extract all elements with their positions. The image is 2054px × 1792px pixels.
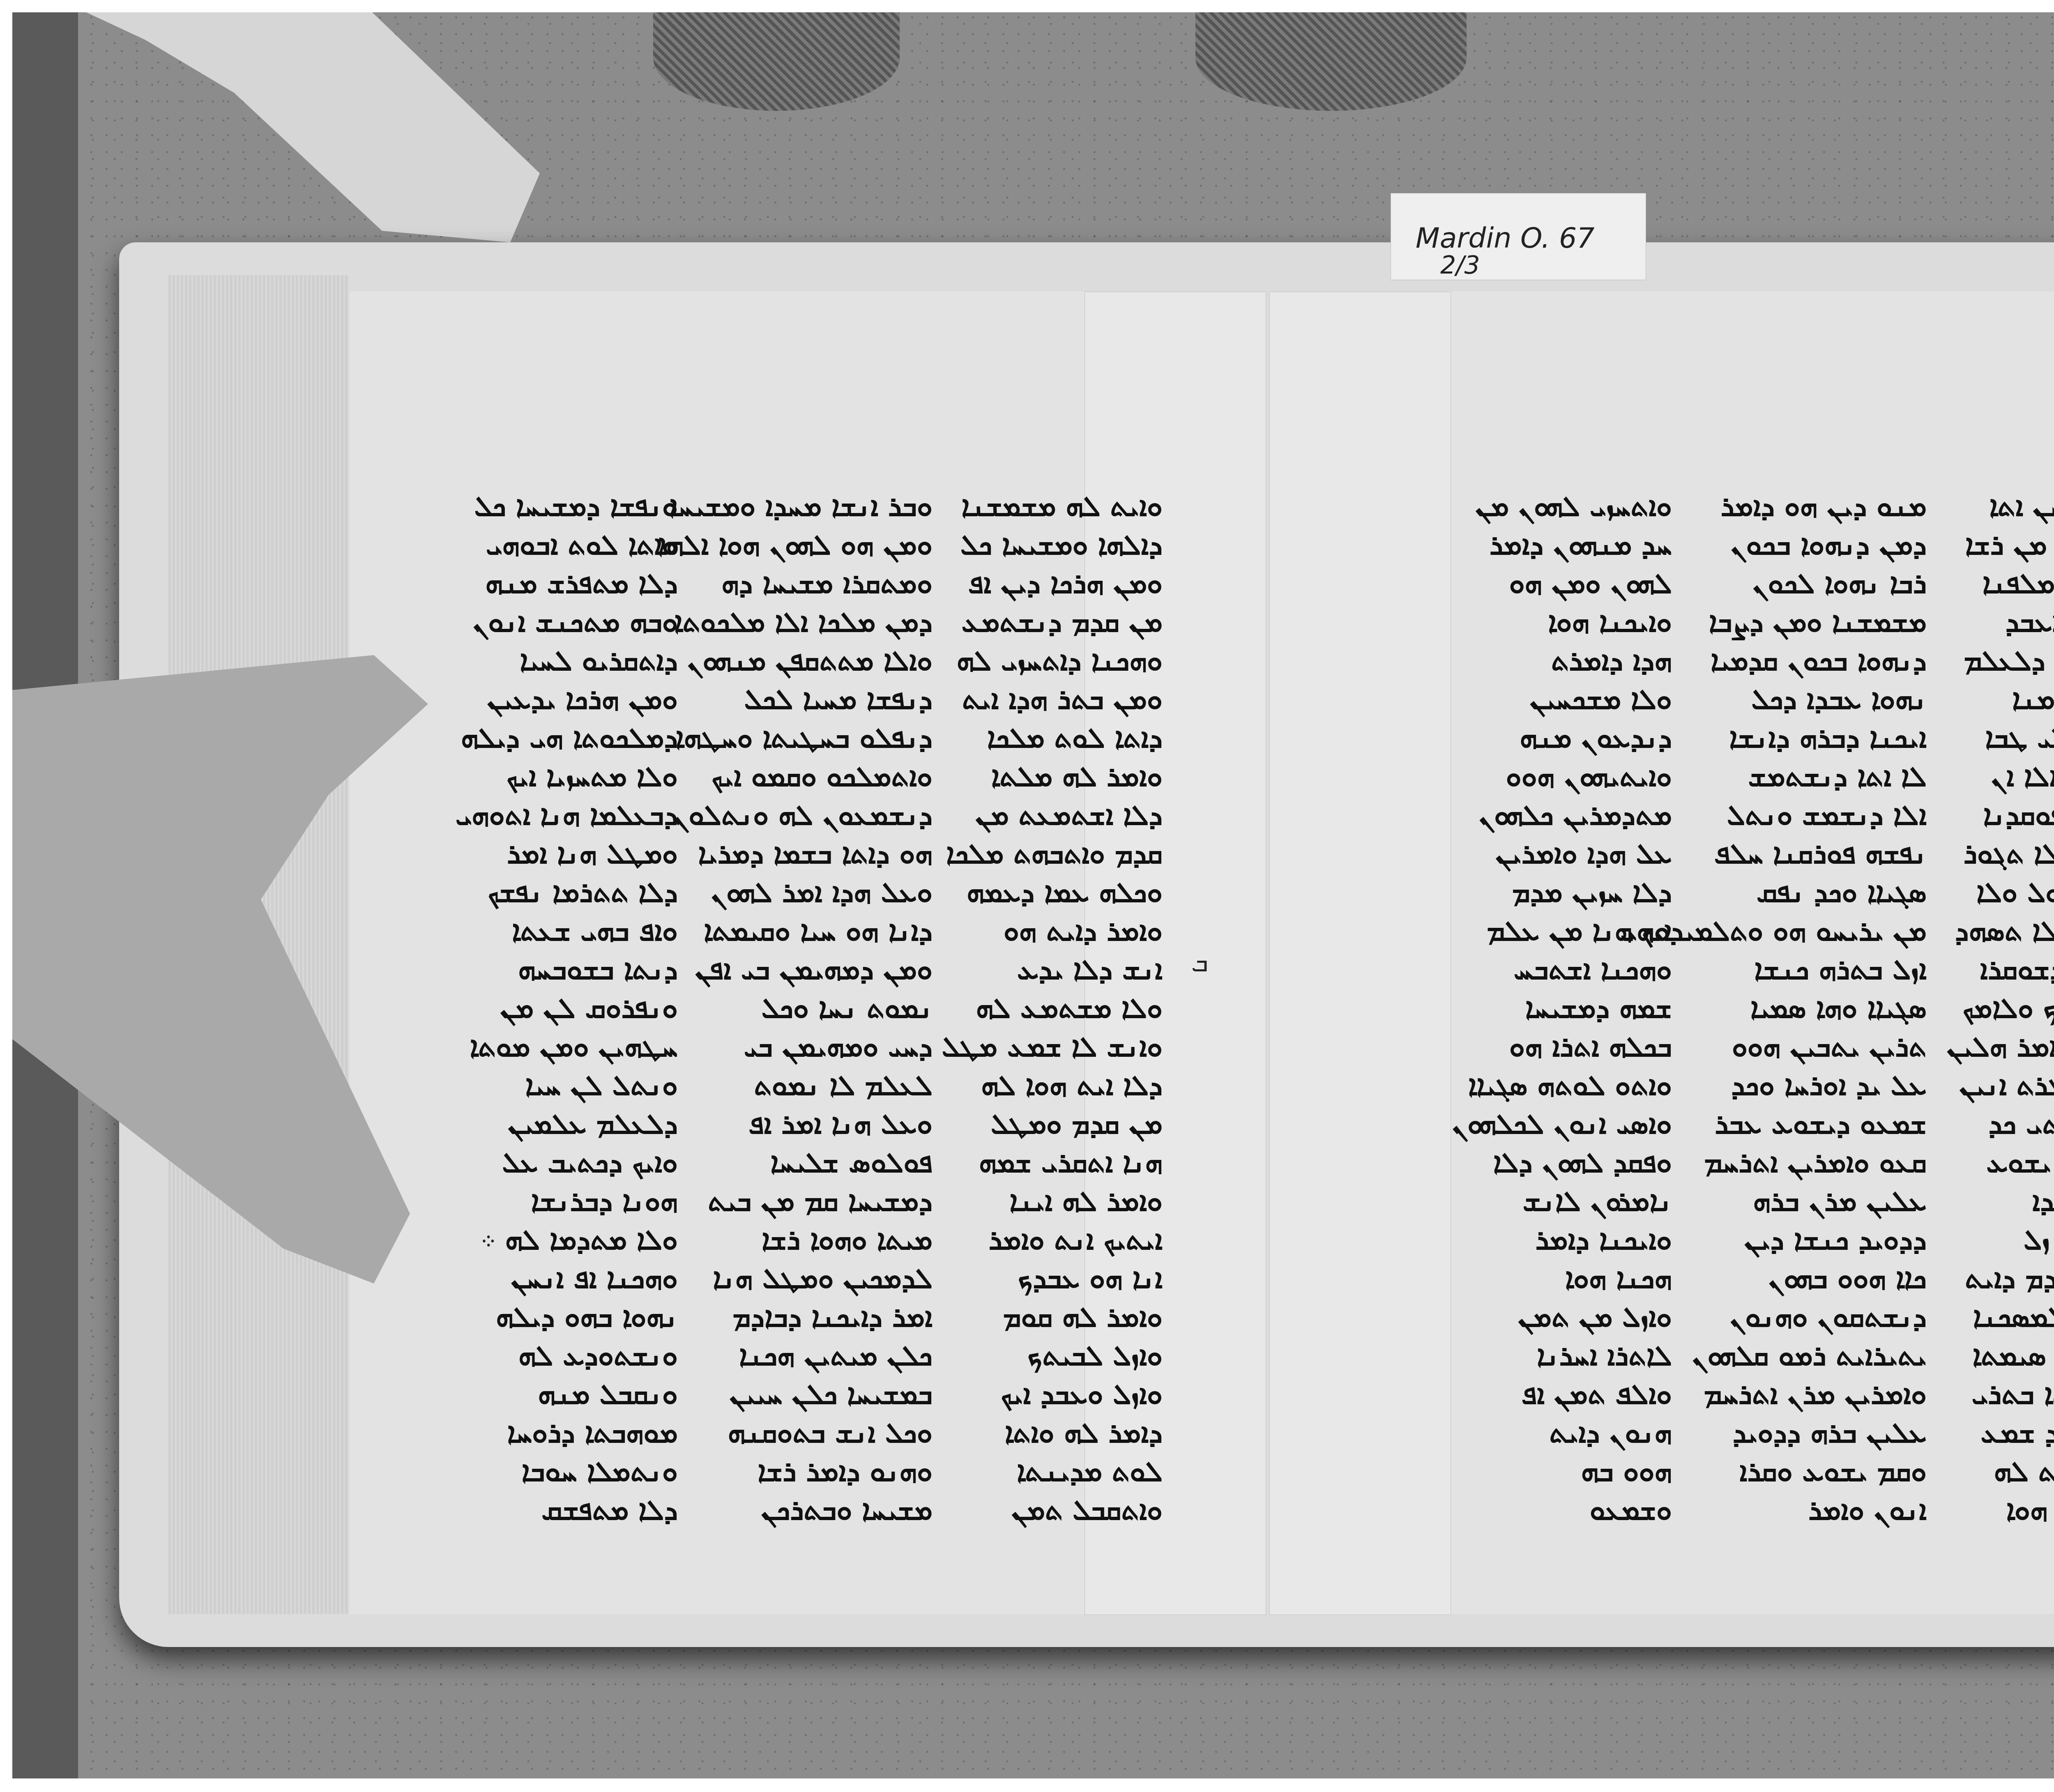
manuscript-line: ܘܗܘ ܕܝܢ ܐܡܪ ܗܠܝܢ — [1935, 1029, 2054, 1065]
label-folio: 2/3 — [1440, 251, 1480, 280]
manuscript-line: ܩܕܡ ܘܐܬܒܗܬ ܡܠܟܐ — [949, 836, 1163, 872]
manuscript-line: ܢܗܘܐ ܒܗܘ ܕܝܠܗ — [448, 1300, 678, 1336]
manuscript-line: ܟܠܢ ܡܝܬܝܢ ܗܟܢܐ — [702, 1338, 933, 1374]
manuscript-line: ܐܢܘܢ ܘܐܡܪ — [1697, 1493, 1927, 1529]
column-right-1: ܘܐܬܚܙܝ ܠܗܘܢ ܡܢܚܕ ܡܢܗܘܢ ܕܐܡܪܠܗܘܢ ܘܡܢ ܗܘܘܐ… — [1442, 489, 1672, 1529]
manuscript-line: ܕܡܫܝܚܐ ܩܡ ܡܢ ܒܝܬ — [702, 1184, 933, 1220]
manuscript-line: ܘܐܝܟ ܕܟܬܝܒ ܥܠ — [448, 1145, 678, 1181]
manuscript-line: ܚܣܝܪܐ ܠܟ ܙܠ — [1935, 1222, 2054, 1258]
manuscript-line: ܘܢܬܠ ܠܢ ܚܝܐ — [448, 1068, 678, 1104]
manuscript-line: ܣܓܝܐܐ ܘܗܐ ܣܡܝܐ — [1697, 991, 1927, 1027]
manuscript-line: ܕܠܥܠܡ ܥܠܡܝܢ — [448, 1106, 678, 1143]
manuscript-line: ܠܥܠܡ ܠܐ ܢܡܘܬ — [702, 1068, 933, 1104]
manuscript-line: ܕܡܢ ܕܢܗܘܐ ܒܟܘܢ — [1697, 527, 1927, 564]
manuscript-line: ܠܗܘܢ ܘܡܢ ܗܘ — [1442, 566, 1672, 602]
column-left-2: ܘܒܪ ܐܢܫܐ ܡܚܕܐ ܘܡܫܝܚܐܘܡܢ ܗܘ ܠܗܘܢ ܗܘܐ ܐܠܗܐ… — [702, 489, 933, 1529]
manuscript-line: ܘܐܡܪ ܠܗ ܡܠܦܢܐ — [1935, 566, 2054, 602]
manuscript-line: ܩܥܘ ܘܐܡܪܝܢ ܐܬܪܚܡ — [1697, 1145, 1927, 1181]
manuscript-line: ܡܝܬܐ ܘܗܘܐ ܪܫܐ — [702, 1222, 933, 1258]
manuscript-line: ܘܐܠܐ ܡܬܬܩܦܢ ܡܢܗܘܢ — [702, 643, 933, 679]
manuscript-line: ܕܢܦܫܐ ܡܚܝܐ ܠܟܠ — [702, 682, 933, 718]
manuscript-line: ܘܗܢܘ ܕܐܡܪ ܪܫܐ — [702, 1454, 933, 1490]
manuscript-line: ܕܠܐ ܡܬܦܪܫ ܡܢܗ — [448, 566, 678, 602]
manuscript-line: ܘܡܬܩܪܐ ܡܫܝܚܐ ܕܗ — [702, 566, 933, 602]
manuscript-line: ܝܬܝܪܐܝܬ ܪܡܘ ܩܠܗܘܢ — [1697, 1338, 1927, 1374]
manuscript-line: ܫܡܥ ܕܝܢ ܝܫܘܥ — [1935, 1145, 2054, 1181]
manuscript-line: ܫܡܥܘ ܕܝܫܘܥ ܥܒܪ — [1697, 1106, 1927, 1143]
manuscript-line: ܚܕ ܡܢܗܘܢ ܕܐܡܪ — [1442, 527, 1672, 564]
manuscript-line: ܡܢ ܩܕܡ ܕܢܫܬܡܥ — [949, 605, 1163, 641]
manuscript-line: ܠܘܬܗ ܚܕ ܡܢ ܪܫܐ — [1935, 527, 2054, 564]
manuscript-line: ܐܝܟܢܐ ܕܒܪܗ ܕܐܢܫܐ — [1697, 720, 1927, 757]
manuscript-line: ܕܢܦܠܘ ܒܚܛܝܬܐ ܘܚܛܗܐ — [702, 720, 933, 757]
catalog-label: Mardin O. 67 2/3 — [1391, 193, 1646, 280]
manuscript-line: ܘܢܗܘܐ ܠܟ ܣܝܡܬܐ — [1935, 1338, 2054, 1374]
column-right-3: ܘܒܬܪ ܗܠܝܢ ܐܬܐܠܘܬܗ ܚܕ ܡܢ ܪܫܐܘܐܡܪ ܠܗ ܡܠܦܢܐ… — [1935, 489, 2054, 1529]
manuscript-line: ܘܐܬܩܒܠ ܬܡܢ — [949, 1493, 1163, 1529]
manuscript-line: ܕܢܕܥܘܢ ܡܢܗ — [1442, 720, 1672, 757]
manuscript-line: ܗܠܝܢ ܟܪܝܬ ܠܗ — [1935, 1454, 2054, 1490]
manuscript-line: ܕܠܐ ܐܝܬ ܗܘܐ ܠܗ — [949, 1068, 1163, 1104]
manuscript-line: ܐܡܪ ܠܗ ܚܕܐ — [1935, 1184, 2054, 1220]
manuscript-line: ܠܐܬܪܐ ܐܚܪܢܐ — [1442, 1338, 1672, 1374]
manuscript-line: ܘܥܠ ܗܕܐ ܐܡܪ ܠܗܘܢ — [702, 875, 933, 911]
manuscript-line: ܛܒܐ ܡܢܐ ܐܥܒܕ — [1935, 605, 2054, 641]
manuscript-line: ܕܕܘܝܕ ܟܢܫܐ ܕܝܢ — [1697, 1222, 1927, 1258]
manuscript-line: ܘܢܫܬܘܕܥ ܠܗ — [448, 1338, 678, 1374]
manuscript-line: ܘܒܬܪ ܗܠܝܢ ܐܬܐ — [1935, 489, 2054, 525]
manuscript-line: ܣܗܕܘܬܐ ܕܫܘܩܪܐ — [1935, 952, 2054, 988]
manuscript-line: ܕܢܫܡܥܘܢ ܠܗ ܘܢܬܠܘܢ — [702, 798, 933, 834]
manuscript-line: ܠܘܬ ܡܕܝܢܬܐ — [949, 1454, 1163, 1490]
manuscript-line: ܘܐܡܪ ܠܗ ܐܝܢܐ — [949, 1184, 1163, 1220]
manuscript-line: ܘܡܢ ܒܬܪ ܗܕܐ ܐܝܬ — [949, 682, 1163, 718]
manuscript-line: ܐܢܫ ܕܠܐ ܝܕܥ — [949, 952, 1163, 988]
manuscript-line: ܡܫܝܚܐ ܘܒܬܪܟܢ — [702, 1493, 933, 1529]
manuscript-line: ܒܫܡܝܐ ܘܬܐ ܒܬܪܝ — [1935, 1377, 2054, 1413]
manuscript-line: ܘܡܢ ܕܡܗܝܡܢ ܒܝ ܐܦܢ — [702, 952, 933, 988]
manuscript-line: ܘܐܝܟܢܐ ܗܘܐ — [1442, 605, 1672, 641]
manuscript-line: ܘܐܡܪܝܢ ܡܪܢ ܐܬܪܚܡ — [1697, 1377, 1927, 1413]
manuscript-line: ܛܒ ܥܬܝܪ ܗܘܐ — [1935, 1493, 2054, 1529]
manuscript-line: ܕܐܡܪ ܠܗ ܘܐܬܐ — [949, 1415, 1163, 1452]
manuscript-line: ܘܟܠܗ ܥܡܐ ܕܥܡܗ — [949, 875, 1163, 911]
manuscript-line: ܕܠܐ ܬܬܪܡܐ ܢܦܫܟ — [448, 875, 678, 911]
manuscript-line: ܘܩܡ ܝܫܘܥ ܘܩܪܐ — [1697, 1454, 1927, 1490]
manuscript-line: ܥܠ ܝܕ ܐܘܪܚܐ ܘܟܕ — [1697, 1068, 1927, 1104]
manuscript-line: ܘܗܟܢܐ ܐܦ ܐܢܚܢ — [448, 1261, 678, 1297]
margin-mark: ܒ — [1191, 949, 1208, 978]
manuscript-line: ܕܚܝ ܘܡܗܝܡܢ ܒܝ — [702, 1029, 933, 1065]
manuscript-line: ܒܡܫܝܚܐ ܟܠܢ ܚܝܝܢ — [702, 1377, 933, 1413]
column-left-3: ܘܐܝܬ ܠܗ ܡܫܡܫܢܐܕܐܠܗܐ ܘܡܫܝܚܐ ܟܠܘܡܢ ܗܪܟܐ ܕܝ… — [949, 489, 1163, 1529]
manuscript-line: ܕܠܐ ܐܫܬܡܥܬ ܡܢ — [949, 798, 1163, 834]
manuscript-line: ܗܘ ܕܝܢ ܟܕ ܫܡܥ — [1935, 1415, 2054, 1452]
manuscript-line: ܠܐ ܐܬܐ ܕܢܫܬܡܫ — [1697, 759, 1927, 795]
manuscript-line: ܕܒܥܠܡܐ ܗܢܐ ܐܬܘܗܝ — [448, 798, 678, 834]
manuscript-line: ܫܡܗ ܕܡܫܝܚܐ — [1442, 991, 1672, 1027]
shoe-left — [653, 12, 900, 111]
manuscript-line: ܘܢܩܒܠ ܡܢܗ — [448, 1377, 678, 1413]
manuscript-line: ܘܐܡܪ ܠܗ ܡܢܐ — [1935, 682, 2054, 718]
column-right-2: ܡܢܘ ܕܝܢ ܗܘ ܕܐܡܪܕܡܢ ܕܢܗܘܐ ܒܟܘܢܪܒܐ ܢܗܘܐ ܠܟ… — [1697, 489, 1927, 1529]
manuscript-line: ܘܐܡܪ ܠܗ ܡܠܬܐ — [949, 759, 1163, 795]
repair-strip-right — [1269, 292, 1451, 1615]
manuscript-line: ܩܪܐ ܐܢܬ ܠܝ ܛܒܐ — [1935, 720, 2054, 757]
manuscript-line: ܘܡܢ ܗܘ ܠܗܘܢ ܗܘܐ ܐܠܗܐ — [702, 527, 933, 564]
manuscript-line: ܙܒܢ ܟܠ ܡܕܡ ܕܐܝܬ — [1935, 1261, 2054, 1297]
manuscript-line: ܘܐܠܦ ܬܡܢ ܐܦ — [1442, 1377, 1672, 1413]
manuscript-line: ܝܕܥ ܐܢܬ ܠܐ ܬܓܘܪ — [1935, 836, 2054, 872]
manuscript-line: ܕܐܝܪܬ ܚܝܐ ܕܠܥܠܡ — [1935, 643, 2054, 679]
manuscript-photograph: Mardin O. 67 2/3 ܘܢܦܫܐ ܕܡܫܝܚܐ ܟܠܘܐܬܐ ܠܘܬ… — [12, 12, 2054, 1778]
manuscript-line: ܠܕܡܟܝܢ ܘܡܛܠ ܗܢܐ — [702, 1261, 933, 1297]
manuscript-line: ܡܬܕܡܪܝܢ ܟܠܗܘܢ — [1442, 798, 1672, 834]
manuscript-line: ܡܢܘ ܕܝܢ ܗܘ ܕܐܡܪ — [1697, 489, 1927, 525]
manuscript-line: ܘܐܙܠ ܡܢ ܬܡܢ — [1442, 1300, 1672, 1336]
manuscript-line: ܘܗܟܢܐ ܕܐܬܚܙܝ ܠܗ — [949, 643, 1163, 679]
manuscript-line: ܚܕ ܐܠܗܐ ܦܘܩܕܢܐ — [1935, 798, 2054, 834]
manuscript-line: ܟܐܐ ܗܘܘ ܒܗܘܢ — [1697, 1261, 1927, 1297]
manuscript-line: ܡܘܗܒܬܐ ܕܪܘܚܐ — [448, 1415, 678, 1452]
page-right: ܘܐܬܚܙܝ ܠܗܘܢ ܡܢܚܕ ܡܢܗܘܢ ܕܐܡܪܠܗܘܢ ܘܡܢ ܗܘܘܐ… — [1269, 292, 2054, 1614]
manuscript-line: ܥܠܝܢ ܒܪܗ ܕܕܘܝܕ — [1697, 1415, 1927, 1452]
manuscript-line: ܘܐܢܫ ܠܐ ܫܡܥ ܡܛܠ — [949, 1029, 1163, 1065]
manuscript-line: ܕܡܢ ܡܠܟܐ ܐܠܐ ܡܠܟܘܬܐ — [702, 605, 933, 641]
manuscript-line: ܘܠܐ ܬܩܛܘܠ ܘܠܐ — [1935, 875, 2054, 911]
manuscript-line: ܕܐܬܐ ܠܘܬ ܡܠܟܐ — [949, 720, 1163, 757]
manuscript-line: ܘܐܝܟܢܐ ܕܐܡܪ — [1442, 1222, 1672, 1258]
manuscript-line: ܒܟܠܗ ܐܬܪܐ ܗܘ — [1442, 1029, 1672, 1065]
manuscript-line: ܬܓܢܘܒ ܘܠܐ ܬܣܗܕ — [1935, 913, 2054, 950]
manuscript-line: ܗܘܢܐ ܕܒܪܢܫܐ — [448, 1184, 678, 1220]
manuscript-line: ܘܢܬܡܠܐ ܚܘܒܐ — [448, 1454, 678, 1490]
manuscript-line: ܘܐܡܪ ܠܗ ܩܘܡ — [949, 1300, 1163, 1336]
margin-mark: ܀ — [481, 1224, 495, 1253]
manuscript-line: ܕܡܠܟܘܬܐ ܗܝ ܕܝܠܗ — [448, 720, 678, 757]
manuscript-line: ܘܗܟܢܐ ܐܫܬܒܚ — [1442, 952, 1672, 988]
manuscript-line: ܘܡܛܠ ܗܢܐ ܐܡܪ — [448, 836, 678, 872]
manuscript-line: ܗܟܢܐ ܗܘܐ — [1442, 1261, 1672, 1297]
manuscript-line: ܘܫܡܥܘ — [1442, 1493, 1672, 1529]
manuscript-line: ܕܐܬܩܪܝܘ ܠܚܝܐ — [448, 643, 678, 679]
manuscript-line: ܘܡܢ ܗܪܟܐ ܕܝܢ ܐܦ — [949, 566, 1163, 602]
manuscript-line: ܘܦܩܕ ܠܗܘܢ ܕܠܐ — [1442, 1145, 1672, 1181]
manuscript-line: ܘܢܦܪܘܩ ܠܢ ܡܢ — [448, 991, 678, 1027]
manuscript-line: ܢܗܘܐ ܥܒܕܐ ܕܟܠ — [1697, 682, 1927, 718]
manuscript-line: ܘܡܢ ܗܪܟܐ ܝܕܥܝܢ — [448, 682, 678, 718]
manuscript-line: ܡܢ ܝܪܝܚܘ ܗܘ ܘܬܠܡܝܕܘܗܝ — [1697, 913, 1927, 950]
manuscript-line: ܥܠܝܢ ܡܪܢ ܒܪܗ — [1697, 1184, 1927, 1220]
manuscript-line: ܡܫܡܫܢܐ ܘܡܢ ܕܨܒܐ — [1697, 605, 1927, 641]
manuscript-line: ܕܢܫܬܩܘܢ ܘܗܢܘܢ — [1697, 1300, 1927, 1336]
manuscript-line: ܐܝܬܝܟ ܐܢܬ ܘܐܡܪ — [949, 1222, 1163, 1258]
manuscript-line: ܠܝܬ ܛܒܐ ܐܠܐ ܐܢ — [1935, 759, 2054, 795]
manuscript-line: ܪܒܐ ܢܗܘܐ ܠܟܘܢ — [1697, 566, 1927, 602]
manuscript-line: ܘܠܐ ܡܫܟܚܝܢ — [1442, 682, 1672, 718]
manuscript-line: ܗܢܐ ܐܬܩܪܝ ܫܡܗ — [949, 1145, 1163, 1181]
paper-scrap-left — [86, 12, 579, 242]
manuscript-line: ܘܐܡܪ ܕܐܝܬ ܗܘ — [949, 913, 1163, 950]
manuscript-line: ܗܘ ܕܐܬܐ ܒܫܡܐ ܕܡܪܝܐ — [702, 836, 933, 872]
manuscript-line: ܘܢܦܫܐ ܕܡܫܝܚܐ ܟܠ — [448, 489, 678, 525]
manuscript-line: ܐܢܐ ܗܘ ܥܒܕܟ — [949, 1261, 1163, 1297]
manuscript-line: ܐܠܐ ܕܢܫܡܫ ܘܢܬܠ — [1697, 798, 1927, 834]
open-codex: ܘܢܦܫܐ ܕܡܫܝܚܐ ܟܠܘܐܬܐ ܠܘܬ ܐܒܘܗܝܕܠܐ ܡܬܦܪܫ ܡ… — [119, 242, 2054, 1647]
manuscript-line: ܘܐܬܘ ܠܘܬܗ ܣܓܝܐܐ — [1442, 1068, 1672, 1104]
manuscript-line: ܕܢܬܐ ܒܫܘܒܚܗ — [448, 952, 678, 988]
page-left: ܘܢܦܫܐ ܕܡܫܝܚܐ ܟܠܘܐܬܐ ܠܘܬ ܐܒܘܗܝܕܠܐ ܡܬܦܪܫ ܡ… — [349, 292, 1266, 1614]
manuscript-line: ܡܢ ܛܠܝܘܬܝ ܟܕ — [1935, 1106, 2054, 1143]
manuscript-line: ܠܟ ܘܗܒ ܠܡܣܟܢܐ — [1935, 1300, 2054, 1336]
manuscript-line: ܘܐܬܐ ܠܘܬ ܐܒܘܗܝ — [448, 527, 678, 564]
manuscript-line: ܘܐܝܬ ܠܗ ܡܫܡܫܢܐ — [949, 489, 1163, 525]
manuscript-line: ܘܒܪ ܐܢܫܐ ܡܚܕܐ ܘܡܫܝܚܐ — [702, 489, 933, 525]
manuscript-line: ܘܟܠ ܐܢܫ ܒܬܘܩܢܗ — [702, 1415, 933, 1452]
manuscript-line: ܢܡܘܬ ܢܚܐ ܘܟܠ — [702, 991, 933, 1027]
column-left-1: ܘܢܦܫܐ ܕܡܫܝܚܐ ܟܠܘܐܬܐ ܠܘܬ ܐܒܘܗܝܕܠܐ ܡܬܦܪܫ ܡ… — [448, 489, 678, 1529]
manuscript-line: ܝܩܪ ܠܐܒܘܟ ܘܠܐܡܟ — [1935, 991, 2054, 1027]
manuscript-line: ܘܐܙܠ ܠܒܝܬܟ — [949, 1338, 1163, 1374]
manuscript-line: ܘܐܬܚܙܝ ܠܗܘܢ ܡܢ — [1442, 489, 1672, 525]
manuscript-line: ܗܘܘ ܒܗ — [1442, 1454, 1672, 1490]
manuscript-line: ܚܛܗܝܢ ܘܡܢ ܡܘܬܐ — [448, 1029, 678, 1065]
manuscript-line: ܟܠܗܝܢ ܢܛܪܬ ܐܢܝܢ — [1935, 1068, 2054, 1104]
manuscript-line: ܐܡܪ ܕܐܝܟܢܐ ܕܒܐܕܡ — [702, 1300, 933, 1336]
manuscript-line: ܕܢܗܘܐ ܒܟܘܢ ܩܕܡܝܐ — [1697, 643, 1927, 679]
manuscript-line: ܕܠܐ ܚܙܝܢ ܡܕܡ — [1442, 875, 1672, 911]
manuscript-line: ܗܢܘܢ ܕܐܝܬ — [1442, 1415, 1672, 1452]
manuscript-line: ܥܠ ܗܕܐ ܘܐܡܪܝܢ — [1442, 836, 1672, 872]
manuscript-line: ܘܐܬܡܠܟܘ ܘܩܡܘ ܐܝܟ — [702, 759, 933, 795]
manuscript-line: ܐܙܠ ܒܬܪܗ ܟܢܫܐ — [1697, 952, 1927, 988]
manuscript-line: ܘܐܝܬܝܗܘܢ ܗܘܘ — [1442, 759, 1672, 795]
manuscript-line: ܕܐܠܗܐ ܘܡܫܝܚܐ ܟܠ — [949, 527, 1163, 564]
manuscript-line: ܕܐܢܐ ܗܘ ܚܝܐ ܘܩܝܡܬܐ — [702, 913, 933, 950]
label-shelfmark: Mardin O. 67 — [1416, 222, 1595, 255]
manuscript-line: ܢܦܫܗ ܦܘܪܩܢܐ ܚܠܦ — [1697, 836, 1927, 872]
manuscript-line: ܦܘܠܘܣ ܫܠܝܚܐ — [702, 1145, 933, 1181]
manuscript-line: ܘܠܐ ܡܬܚܙܝܐ ܐܝܟ — [448, 759, 678, 795]
shoe-right — [1195, 12, 1467, 111]
manuscript-line: ܕܠܐ ܡܬܦܫܩ — [448, 1493, 678, 1529]
manuscript-line: ܘܥܠ ܗܢܐ ܐܡܪ ܐܦ — [702, 1106, 933, 1143]
manuscript-line: ܘܐܙܠ ܘܥܒܕ ܐܝܟ — [949, 1377, 1163, 1413]
manuscript-line: ܘܠܐ ܡܫܬܡܥ ܠܗ — [949, 991, 1163, 1027]
manuscript-line: ܬܪܝܢ ܝܬܒܝܢ ܗܘܘ — [1697, 1029, 1927, 1065]
manuscript-line: ܡܢ ܩܕܡ ܘܡܛܠ — [949, 1106, 1163, 1143]
manuscript-line: ܢܐܡܪܘܢ ܠܐܢܫ — [1442, 1184, 1672, 1220]
manuscript-line: ܘܐܦ ܒܗܝ ܫܥܬܐ — [448, 913, 678, 950]
manuscript-line: ܘܐܣܝ ܐܢܘܢ ܠܟܠܗܘܢ — [1442, 1106, 1672, 1143]
manuscript-line: ܘܒܗ ܡܬܟܢܫ ܐܢܘܢ — [448, 605, 678, 641]
manuscript-line: ܗܕܐ ܕܐܡܪܬ — [1442, 643, 1672, 679]
manuscript-line: ܣܓܝܐܐ ܘܟܕ ܢܦܩ — [1697, 875, 1927, 911]
